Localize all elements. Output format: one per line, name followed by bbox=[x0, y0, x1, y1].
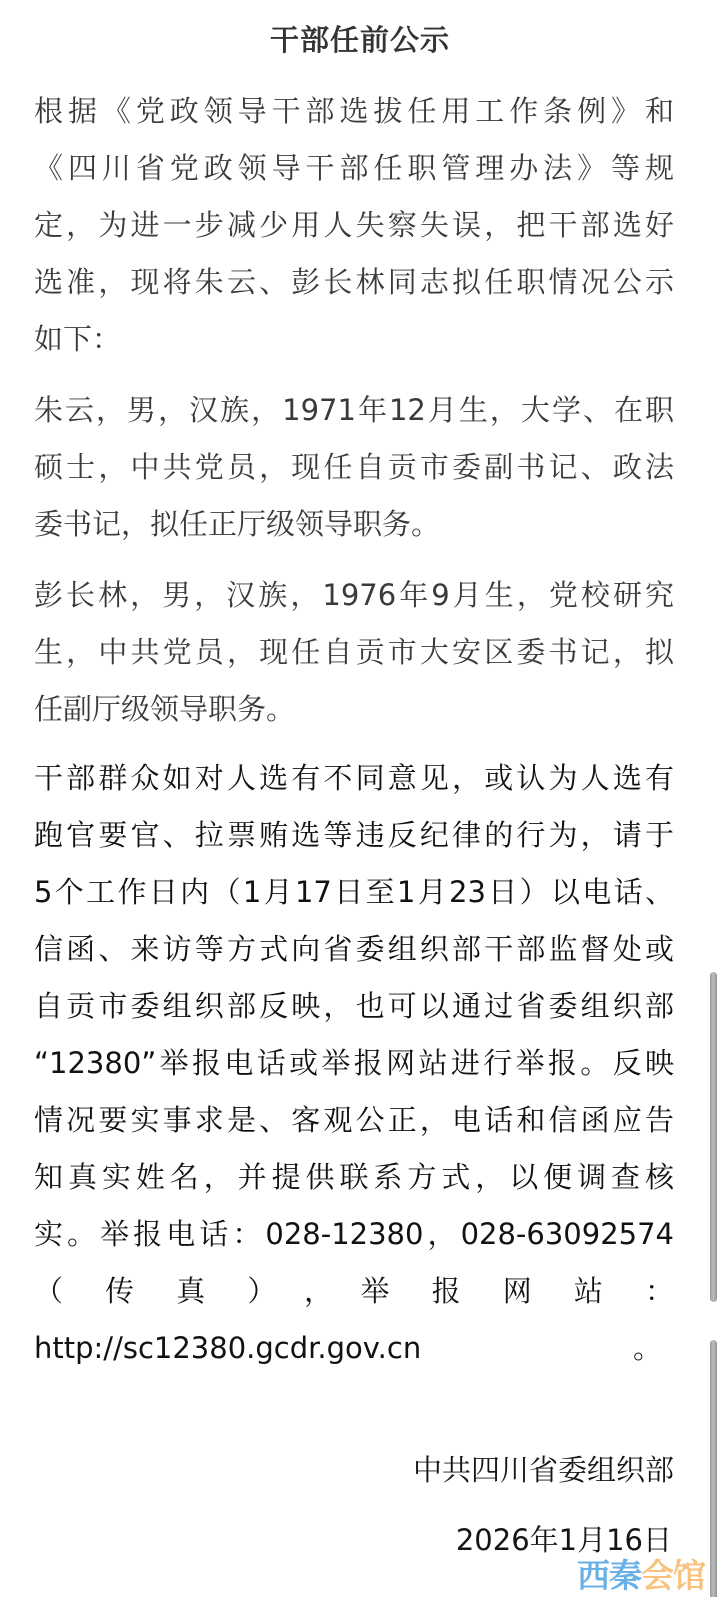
candidate-paragraph-zhu-yun: 朱云，男，汉族，1971年12月生，大学、在职 硕士，中共党员，现任自贡市委副书… bbox=[34, 382, 674, 553]
text-line: 定，为进一步减少用人失察失误，把干部选好 bbox=[34, 197, 674, 254]
text-line: 跑官要官、拉票贿选等违反纪律的行为，请于 bbox=[34, 807, 674, 864]
text-line: （ 传 真 ） ， 举 报 网 站 ： bbox=[34, 1263, 674, 1320]
text-line: 生，中共党员，现任自贡市大安区委书记，拟 bbox=[34, 624, 674, 681]
signature-organization: 中共四川省委组织部 bbox=[413, 1448, 674, 1492]
feedback-notice-paragraph: 干部群众如对人选有不同意见，或认为人选有 跑官要官、拉票贿选等违反纪律的行为，请… bbox=[34, 750, 674, 1377]
text-line: 朱云，男，汉族，1971年12月生，大学、在职 bbox=[34, 382, 674, 439]
text-line: 硕士，中共党员，现任自贡市委副书记、政法 bbox=[34, 439, 674, 496]
text-line: 干部群众如对人选有不同意见，或认为人选有 bbox=[34, 750, 674, 807]
text-line: 知真实姓名，并提供联系方式，以便调查核 bbox=[34, 1149, 674, 1206]
watermark-text-blue: 西秦 bbox=[577, 1556, 641, 1595]
scrollbar-thumb[interactable] bbox=[710, 972, 717, 1302]
text-line: 《四川省党政领导干部任职管理办法》等规 bbox=[34, 140, 674, 197]
text-line: 根据《党政领导干部选拔任用工作条例》和 bbox=[34, 83, 674, 140]
watermark-logo: 西秦会馆 bbox=[577, 1555, 705, 1597]
text-line: 自贡市委组织部反映，也可以通过省委组织部 bbox=[34, 978, 674, 1035]
scrollbar-track-segment[interactable] bbox=[710, 1340, 717, 1597]
watermark-text-orange: 会馆 bbox=[641, 1556, 705, 1595]
phone-numbers-line: 实。举报电话：028-12380，028-63092574 bbox=[34, 1206, 674, 1263]
text-line: 任副厅级领导职务。 bbox=[34, 681, 674, 738]
intro-paragraph: 根据《党政领导干部选拔任用工作条例》和 《四川省党政领导干部任职管理办法》等规 … bbox=[34, 83, 674, 368]
text-line: 彭长林，男，汉族，1976年9月生，党校研究 bbox=[34, 567, 674, 624]
text-line: 选准，现将朱云、彭长林同志拟任职情况公示 bbox=[34, 254, 674, 311]
text-line: 情况要实事求是、客观公正，电话和信函应告 bbox=[34, 1092, 674, 1149]
website-line: http://sc12380.gcdr.gov.cn 。 bbox=[34, 1320, 674, 1377]
candidate-paragraph-peng-changlin: 彭长林，男，汉族，1976年9月生，党校研究 生，中共党员，现任自贡市大安区委书… bbox=[34, 567, 674, 738]
page-title: 干部任前公示 bbox=[0, 18, 720, 62]
report-website-link[interactable]: http://sc12380.gcdr.gov.cn bbox=[34, 1320, 421, 1377]
text-line: 信函、来访等方式向省委组织部干部监督处或 bbox=[34, 921, 674, 978]
period-mark: 。 bbox=[633, 1320, 674, 1377]
text-line: 委书记，拟任正厅级领导职务。 bbox=[34, 496, 674, 553]
text-line: “12380”举报电话或举报网站进行举报。反映 bbox=[34, 1035, 674, 1092]
text-line: 如下： bbox=[34, 311, 674, 368]
text-line: 5个工作日内（1月17日至1月23日）以电话、 bbox=[34, 864, 674, 921]
